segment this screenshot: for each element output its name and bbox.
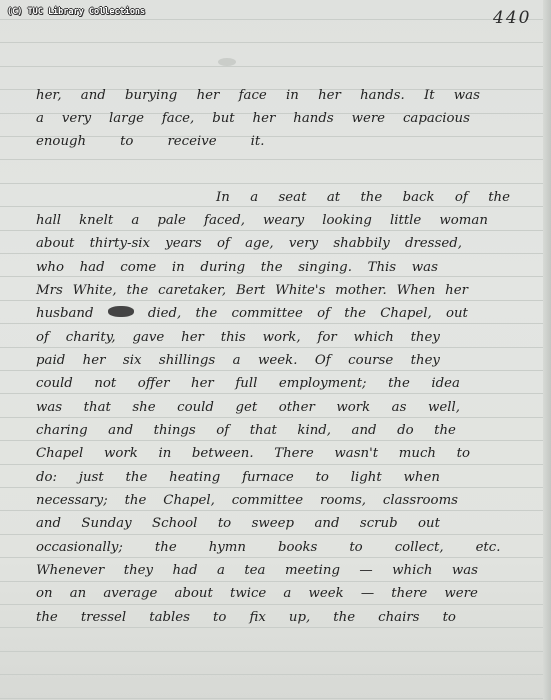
word: the [126,283,148,298]
word: to [443,610,456,625]
word: week [309,586,344,601]
word: but [212,111,234,126]
word: the [196,306,218,321]
word: very [289,236,318,251]
word: full [235,376,257,391]
word: committee [232,306,303,321]
word: to [218,516,231,531]
word: scrub [360,516,398,531]
text-line: wasthatshecouldgetotherworkaswell, [36,400,460,415]
word: work [336,400,370,415]
word: shillings [159,353,215,368]
text-line: ofcharity,gaveherthiswork,forwhichthey [36,330,440,345]
word: about [36,236,74,251]
word: burying [125,88,177,103]
word: could [36,376,73,391]
text-line: Chapelworkinbetween.Therewasn'tmuchto [36,446,470,461]
word: to [316,470,329,485]
word: meeting [285,563,340,578]
text-line: husbanddied,thecommitteeoftheChapel,out [36,306,468,321]
word: a [250,190,258,205]
word: was [452,563,478,578]
word: at [327,190,340,205]
word: classrooms [383,493,458,508]
word: Chapel, [163,493,215,508]
word: the [388,376,410,391]
word: in [158,446,171,461]
text-line: andSundaySchooltosweepandscrubout [36,516,440,531]
word: the [360,190,382,205]
ink-blot [108,306,134,317]
rule-line [0,66,551,67]
word: the [36,610,58,625]
word: out [418,516,440,531]
word: thirty-six [90,236,150,251]
word: collect, [395,540,444,555]
word: they [124,563,153,578]
word: wasn't [334,446,378,461]
word: It [424,88,435,103]
word: on [36,586,53,601]
word: and [314,516,339,531]
rule-line [0,487,551,488]
text-line: MrsWhite,thecaretaker,BertWhite'smother.… [36,283,468,298]
rule-line [0,19,551,20]
word: that [250,423,277,438]
word: hall [36,213,61,228]
word: up, [289,610,310,625]
text-line: thetresseltablestofixup,thechairsto [36,610,456,625]
word: she [132,400,155,415]
rule-line [0,440,551,441]
word: caretaker, [158,283,226,298]
word: tables [149,610,190,625]
manuscript-page: (C) TUC Library Collections 440 her,andb… [0,0,551,700]
rule-line [0,300,551,301]
word: her [253,111,276,126]
word: of [36,330,49,345]
word: paid [36,353,65,368]
word: light [351,470,382,485]
rule-line [0,510,551,511]
word: six [123,353,142,368]
word: things [154,423,196,438]
word: just [79,470,104,485]
word: Chapel, [380,306,432,321]
word: that [84,400,111,415]
rule-line [0,253,551,254]
word: little [390,213,421,228]
word: age, [245,236,274,251]
word: books [278,540,317,555]
word: this [221,330,246,345]
word: had [172,563,197,578]
word: get [235,400,257,415]
word: to [213,610,226,625]
word: her [191,376,214,391]
rule-line [0,557,551,558]
word: a [131,213,139,228]
word: her [181,330,204,345]
word: which [354,330,394,345]
word: enough [36,134,86,149]
rule-line [0,581,551,582]
word: — [361,586,374,601]
word: died, [148,306,181,321]
word: there [391,586,427,601]
word: employment; [279,376,367,391]
rule-line [0,464,551,465]
rule-line [0,159,551,160]
word: face [239,88,267,103]
word: they [411,353,440,368]
word: about [174,586,212,601]
rule-line [0,651,551,652]
word: chairs [378,610,419,625]
text-line: whohadcomeinduringthesinging.Thiswas [36,260,438,275]
word: — [359,563,372,578]
rule-line [0,206,551,207]
rule-line [0,183,551,184]
word: of [317,306,330,321]
word: tressel [81,610,126,625]
word: the [125,493,147,508]
word: not [94,376,116,391]
word: between. [192,446,254,461]
rule-line [0,347,551,348]
word: hymn [209,540,246,555]
word: a [233,353,241,368]
word: and [81,88,106,103]
rule-line [0,604,551,605]
word: weary [263,213,304,228]
word: rooms, [320,493,366,508]
text-line: hallkneltapalefaced,wearylookinglittlewo… [36,213,488,228]
word: had [80,260,105,275]
word: kind, [297,423,331,438]
word: White's [275,283,325,298]
word: the [261,260,283,275]
word: faced, [204,213,245,228]
word: her [83,353,106,368]
rule-line [0,230,551,231]
word: charing [36,423,88,438]
rule-line [0,534,551,535]
word: seat [278,190,306,205]
word: of [455,190,468,205]
word: much [399,446,436,461]
word: large [109,111,144,126]
word: heating [169,470,220,485]
word: capacious [403,111,470,126]
text-line: charingandthingsofthatkind,anddothe [36,423,456,438]
word: a [283,586,291,601]
word: Bert [236,283,265,298]
text-line: averylargeface,butherhandswerecapacious [36,111,470,126]
word: receive [167,134,216,149]
word: the [344,306,366,321]
word: necessary; [36,493,108,508]
word: School [152,516,197,531]
word: the [488,190,510,205]
word: her, [36,88,62,103]
word: pale [157,213,186,228]
text-line: necessary;theChapel,committeerooms,class… [36,493,458,508]
word: an [70,586,87,601]
rule-line [0,417,551,418]
word: committee [232,493,303,508]
word: looking [322,213,372,228]
text-line: Inaseatatthebackofthe [216,190,510,205]
word: woman [439,213,488,228]
word: Sunday [81,516,131,531]
word: was [36,400,62,415]
word: charity, [66,330,116,345]
word: come [120,260,156,275]
word: offer [138,376,170,391]
word: hands [293,111,333,126]
word: a [217,563,225,578]
word: the [434,423,456,438]
word: very [62,111,91,126]
word: to [349,540,362,555]
word: week. [258,353,297,368]
word: the [155,540,177,555]
rule-line [0,698,551,699]
word: knelt [79,213,113,228]
word: well, [428,400,460,415]
rule-line [0,276,551,277]
word: could [177,400,214,415]
word: do: [36,470,57,485]
word: to [457,446,470,461]
word: out [446,306,468,321]
text-line: enoughtoreceiveit. [36,134,516,149]
word: When [397,283,436,298]
text-line: aboutthirty-sixyearsofage,veryshabbilydr… [36,236,462,251]
word: who [36,260,64,275]
word: was [454,88,480,103]
page-edge [543,0,551,700]
paper-smudge [218,58,236,66]
word: and [352,423,377,438]
word: Mrs [36,283,63,298]
page-number: 440 [493,8,531,28]
text-line: onanaverageabouttwiceaweek—therewere [36,586,478,601]
word: etc. [476,540,501,555]
word: tea [244,563,265,578]
rule-line [0,370,551,371]
word: face, [162,111,194,126]
word: Chapel [36,446,83,461]
word: it. [251,134,265,149]
word: were [444,586,477,601]
word: and [36,516,61,531]
word: of [216,423,229,438]
text-line: couldnotofferherfullemployment;theidea [36,376,460,391]
word: when [404,470,440,485]
word: which [392,563,432,578]
text-line: occasionally;thehymnbookstocollect,etc. [36,540,516,555]
word: furnace [242,470,294,485]
word: her [197,88,220,103]
word: for [317,330,336,345]
word: In [216,190,230,205]
word: gave [132,330,164,345]
text-line: paidhersixshillingsaweek.Ofcoursethey [36,353,440,368]
word: dressed, [405,236,462,251]
word: work [104,446,138,461]
word: Of [315,353,331,368]
word: twice [230,586,266,601]
word: as [392,400,407,415]
word: the [126,470,148,485]
word: were [352,111,385,126]
word: the [333,610,355,625]
copyright-watermark: (C) TUC Library Collections [7,7,145,17]
word: This [368,260,397,275]
word: singing. [298,260,352,275]
word: There [274,446,314,461]
word: work, [263,330,301,345]
word: shabbily [333,236,389,251]
word: her [318,88,341,103]
word: they [411,330,440,345]
text-line: her,andburyingherfaceinherhands.Itwas [36,88,480,103]
word: course [348,353,393,368]
word: husband [36,306,93,321]
word: occasionally; [36,540,123,555]
word: Whenever [36,563,104,578]
word: was [412,260,438,275]
word: White, [73,283,117,298]
rule-line [0,323,551,324]
word: during [200,260,245,275]
word: do [397,423,414,438]
rule-line [0,393,551,394]
word: hands. [360,88,405,103]
rule-line [0,627,551,628]
word: a [36,111,44,126]
word: mother. [335,283,387,298]
word: years [165,236,202,251]
word: idea [431,376,460,391]
word: average [103,586,157,601]
word: in [172,260,185,275]
word: other [279,400,315,415]
text-line: Whenevertheyhadateameeting—whichwas [36,563,478,578]
word: of [217,236,230,251]
word: sweep [252,516,294,531]
rule-line [0,674,551,675]
word: and [108,423,133,438]
word: her [445,283,468,298]
word: back [403,190,435,205]
word: to [120,134,133,149]
rule-line [0,42,551,43]
word: fix [249,610,265,625]
text-line: do:justtheheatingfurnacetolightwhen [36,470,440,485]
word: in [286,88,299,103]
